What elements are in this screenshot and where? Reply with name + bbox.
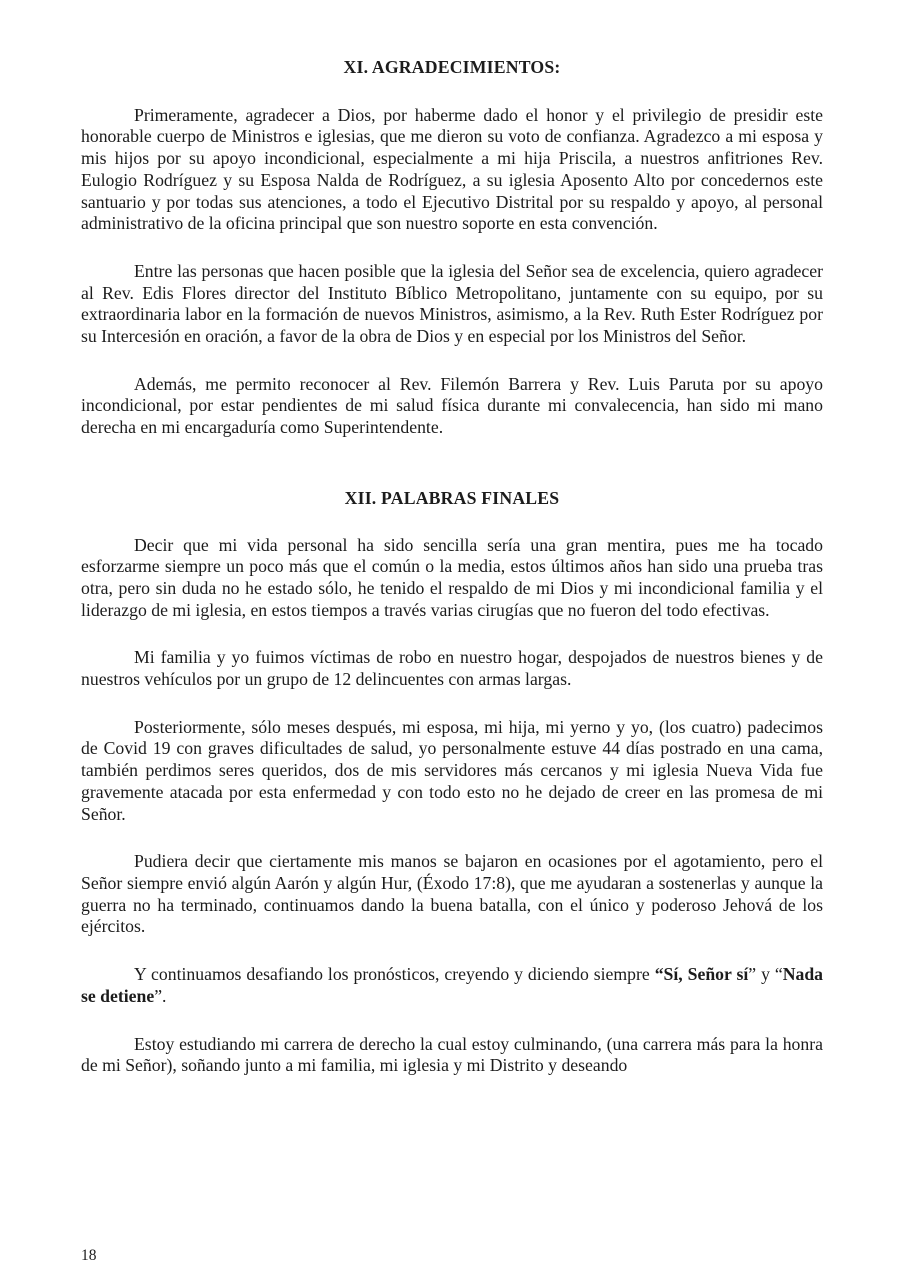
quote-paragraph-tail: ”.	[154, 986, 166, 1006]
paragraph-finales-closing: Estoy estudiando mi carrera de derecho l…	[81, 1034, 823, 1077]
quote-paragraph-lead: Y continuamos desafiando los pronósticos…	[134, 964, 655, 984]
paragraph-agradecimientos-3: Además, me permito reconocer al Rev. Fil…	[81, 374, 823, 439]
paragraph-finales-3: Posteriormente, sólo meses después, mi e…	[81, 717, 823, 826]
quote-phrase-si-senor-si: “Sí, Señor sí	[655, 964, 749, 984]
paragraph-finales-1: Decir que mi vida personal ha sido senci…	[81, 535, 823, 622]
quote-paragraph-middle: ” y “	[748, 964, 782, 984]
page-number: 18	[81, 1247, 97, 1265]
paragraph-agradecimientos-2: Entre las personas que hacen posible que…	[81, 261, 823, 348]
document-page: XI. AGRADECIMIENTOS: Primeramente, agrad…	[0, 0, 905, 1280]
paragraph-finales-2: Mi familia y yo fuimos víctimas de robo …	[81, 647, 823, 690]
paragraph-agradecimientos-1: Primeramente, agradecer a Dios, por habe…	[81, 105, 823, 235]
paragraph-finales-4: Pudiera decir que ciertamente mis manos …	[81, 851, 823, 938]
section-title-agradecimientos: XI. AGRADECIMIENTOS:	[81, 57, 823, 79]
paragraph-finales-quotes: Y continuamos desafiando los pronósticos…	[81, 964, 823, 1007]
section-title-palabras-finales: XII. PALABRAS FINALES	[81, 488, 823, 510]
